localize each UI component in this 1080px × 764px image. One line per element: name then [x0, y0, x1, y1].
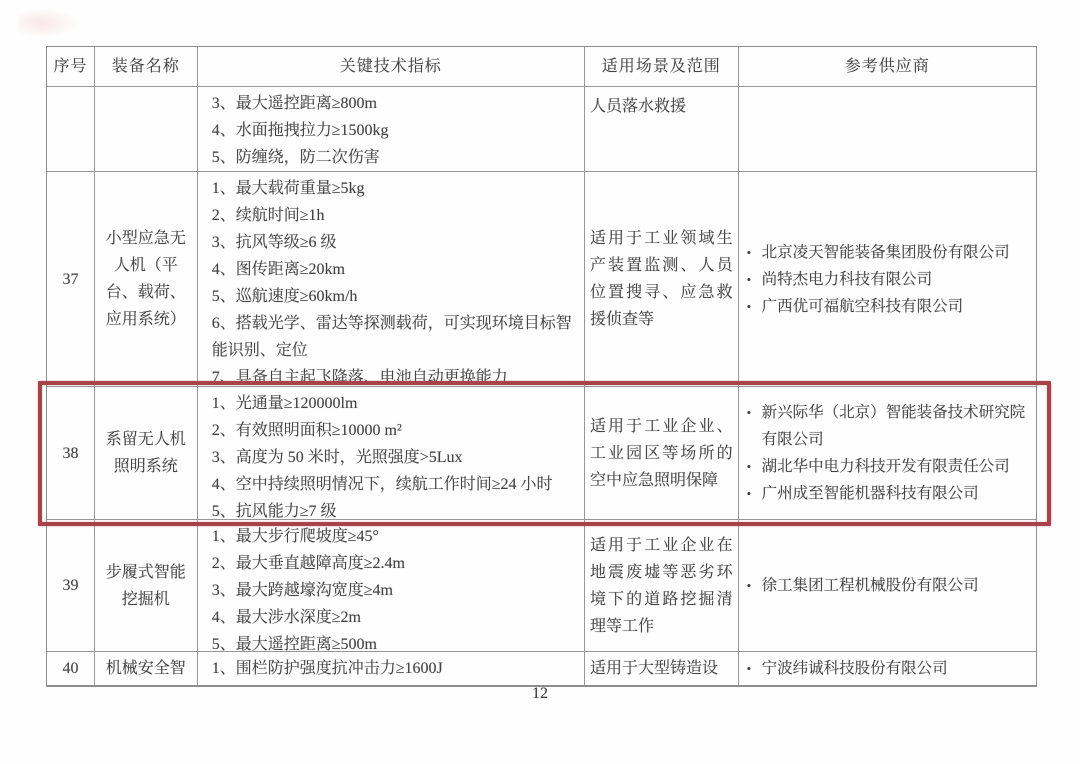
spec-item: 2、有效照明面积≥10000 m² [212, 417, 576, 444]
spec-item: 1、最大载荷重量≥5kg [212, 175, 576, 202]
equipment-name-cell: 小型应急无人机（平台、载荷、应用系统） [95, 172, 198, 386]
key-specs-cell: 1、光通量≥120000lm2、有效照明面积≥10000 m²3、高度为 50 … [198, 387, 585, 519]
spec-item: 5、抗风能力≥7 级 [212, 498, 576, 519]
supplier-name: 北京凌天智能装备集团股份有限公司 [762, 239, 1032, 266]
supplier-name: 湖北华中电力科技开发有限责任公司 [762, 453, 1032, 480]
header-suppliers: 参考供应商 [739, 47, 1036, 86]
scenario-text: 适用于工业企业、工业园区等场所的空中应急照明保障 [590, 413, 733, 494]
supplier-item: •尚特杰电力科技有限公司 [747, 266, 1032, 293]
scenario-text: 适用于工业领域生产装置监测、人员位置搜寻、应急救援侦查等 [590, 225, 733, 333]
table-row: 40机械安全智1、围栏防护强度抗冲击力≥1600J适用于大型铸造设•宁波纬诚科技… [47, 652, 1036, 686]
suppliers-cell: •北京凌天智能装备集团股份有限公司•尚特杰电力科技有限公司•广西优可福航空科技有… [739, 172, 1036, 386]
scenario-cell: 适用于工业领域生产装置监测、人员位置搜寻、应急救援侦查等 [585, 172, 739, 386]
page-number: 12 [0, 685, 1080, 703]
header-key-specs: 关键技术指标 [198, 47, 585, 86]
red-smudge-mark [18, 8, 78, 38]
row-number-cell [47, 87, 95, 171]
spec-item: 6、搭载光学、雷达等探测载荷，可实现环境目标智能识别、定位 [212, 310, 576, 364]
key-specs-cell: 1、围栏防护强度抗冲击力≥1600J [198, 652, 585, 685]
supplier-name: 广西优可福航空科技有限公司 [762, 293, 1032, 320]
table-row: 39步履式智能挖掘机1、最大步行爬坡度≥45°2、最大垂直越障高度≥2.4m3、… [47, 520, 1036, 652]
key-specs-cell: 1、最大步行爬坡度≥45°2、最大垂直越障高度≥2.4m3、最大跨越壕沟宽度≥4… [198, 520, 585, 651]
supplier-name: 徐工集团工程机械股份有限公司 [762, 572, 1032, 599]
scenario-cell: 适用于大型铸造设 [585, 652, 739, 685]
scenario-text: 人员落水救援 [590, 93, 733, 120]
supplier-name: 新兴际华（北京）智能装备技术研究院有限公司 [762, 399, 1032, 453]
bullet-icon: • [747, 239, 762, 266]
spec-item: 5、最大遥控距离≥500m [212, 631, 576, 651]
equipment-table: 序号 装备名称 关键技术指标 适用场景及范围 参考供应商 3、最大遥控距离≥80… [46, 46, 1037, 687]
equipment-name-cell: 系留无人机照明系统 [95, 387, 198, 519]
spec-item: 1、最大步行爬坡度≥45° [212, 523, 576, 550]
scenario-cell: 适用于工业企业在地震废墟等恶劣环境下的道路挖掘清理等工作 [585, 520, 739, 651]
spec-item: 5、防缠绕，防二次伤害 [212, 144, 576, 171]
header-equipment-name: 装备名称 [95, 47, 198, 86]
supplier-item: •徐工集团工程机械股份有限公司 [747, 572, 1032, 599]
bullet-icon: • [747, 453, 762, 480]
supplier-name: 广州成至智能机器科技有限公司 [762, 480, 1032, 507]
spec-item: 1、光通量≥120000lm [212, 390, 576, 417]
bullet-icon: • [747, 266, 762, 293]
spec-item: 2、最大垂直越障高度≥2.4m [212, 550, 576, 577]
spec-item: 4、图传距离≥20km [212, 256, 576, 283]
supplier-item: •北京凌天智能装备集团股份有限公司 [747, 239, 1032, 266]
supplier-item: •湖北华中电力科技开发有限责任公司 [747, 453, 1032, 480]
table-body: 3、最大遥控距离≥800m4、水面拖拽拉力≥1500kg5、防缠绕，防二次伤害人… [47, 87, 1036, 686]
scenario-text: 适用于工业企业在地震废墟等恶劣环境下的道路挖掘清理等工作 [590, 532, 733, 640]
suppliers-cell [739, 87, 1036, 171]
scenario-cell: 人员落水救援 [585, 87, 739, 171]
spec-item: 3、抗风等级≥6 级 [212, 229, 576, 256]
scenario-text: 适用于大型铸造设 [590, 655, 733, 682]
bullet-icon: • [747, 572, 762, 599]
table-row: 37小型应急无人机（平台、载荷、应用系统）1、最大载荷重量≥5kg2、续航时间≥… [47, 172, 1036, 387]
row-number-cell: 38 [47, 387, 95, 519]
key-specs-cell: 1、最大载荷重量≥5kg2、续航时间≥1h3、抗风等级≥6 级4、图传距离≥20… [198, 172, 585, 386]
equipment-name-cell [95, 87, 198, 171]
spec-item: 1、围栏防护强度抗冲击力≥1600J [212, 655, 576, 682]
bullet-icon: • [747, 399, 762, 426]
key-specs-cell: 3、最大遥控距离≥800m4、水面拖拽拉力≥1500kg5、防缠绕，防二次伤害 [198, 87, 585, 171]
spec-item: 4、空中持续照明情况下，续航工作时间≥24 小时 [212, 471, 576, 498]
supplier-name: 尚特杰电力科技有限公司 [762, 266, 1032, 293]
spec-item: 3、最大遥控距离≥800m [212, 90, 576, 117]
bullet-icon: • [747, 655, 762, 682]
spec-item: 3、高度为 50 米时，光照强度>5Lux [212, 444, 576, 471]
header-serial-number: 序号 [47, 47, 95, 86]
supplier-item: •新兴际华（北京）智能装备技术研究院有限公司 [747, 399, 1032, 453]
bullet-icon: • [747, 293, 762, 320]
spec-item: 7、具备自主起飞降落、电池自动更换能力 [212, 364, 576, 386]
header-scenario: 适用场景及范围 [585, 47, 739, 86]
bullet-icon: • [747, 480, 762, 507]
equipment-name-cell: 机械安全智 [95, 652, 198, 685]
table-header-row: 序号 装备名称 关键技术指标 适用场景及范围 参考供应商 [47, 47, 1036, 87]
row-number-cell: 37 [47, 172, 95, 386]
supplier-item: •广州成至智能机器科技有限公司 [747, 480, 1032, 507]
table-row: 38系留无人机照明系统1、光通量≥120000lm2、有效照明面积≥10000 … [47, 387, 1036, 520]
spec-item: 2、续航时间≥1h [212, 202, 576, 229]
table-row: 3、最大遥控距离≥800m4、水面拖拽拉力≥1500kg5、防缠绕，防二次伤害人… [47, 87, 1036, 172]
spec-item: 5、巡航速度≥60km/h [212, 283, 576, 310]
supplier-name: 宁波纬诚科技股份有限公司 [762, 655, 1032, 682]
suppliers-cell: •新兴际华（北京）智能装备技术研究院有限公司•湖北华中电力科技开发有限责任公司•… [739, 387, 1036, 519]
suppliers-cell: •徐工集团工程机械股份有限公司 [739, 520, 1036, 651]
supplier-item: •广西优可福航空科技有限公司 [747, 293, 1032, 320]
row-number-cell: 39 [47, 520, 95, 651]
suppliers-cell: •宁波纬诚科技股份有限公司 [739, 652, 1036, 685]
supplier-item: •宁波纬诚科技股份有限公司 [747, 655, 1032, 682]
spec-item: 4、最大涉水深度≥2m [212, 604, 576, 631]
spec-item: 4、水面拖拽拉力≥1500kg [212, 117, 576, 144]
scenario-cell: 适用于工业企业、工业园区等场所的空中应急照明保障 [585, 387, 739, 519]
equipment-name-cell: 步履式智能挖掘机 [95, 520, 198, 651]
spec-item: 3、最大跨越壕沟宽度≥4m [212, 577, 576, 604]
row-number-cell: 40 [47, 652, 95, 685]
document-page: 序号 装备名称 关键技术指标 适用场景及范围 参考供应商 3、最大遥控距离≥80… [0, 0, 1080, 764]
